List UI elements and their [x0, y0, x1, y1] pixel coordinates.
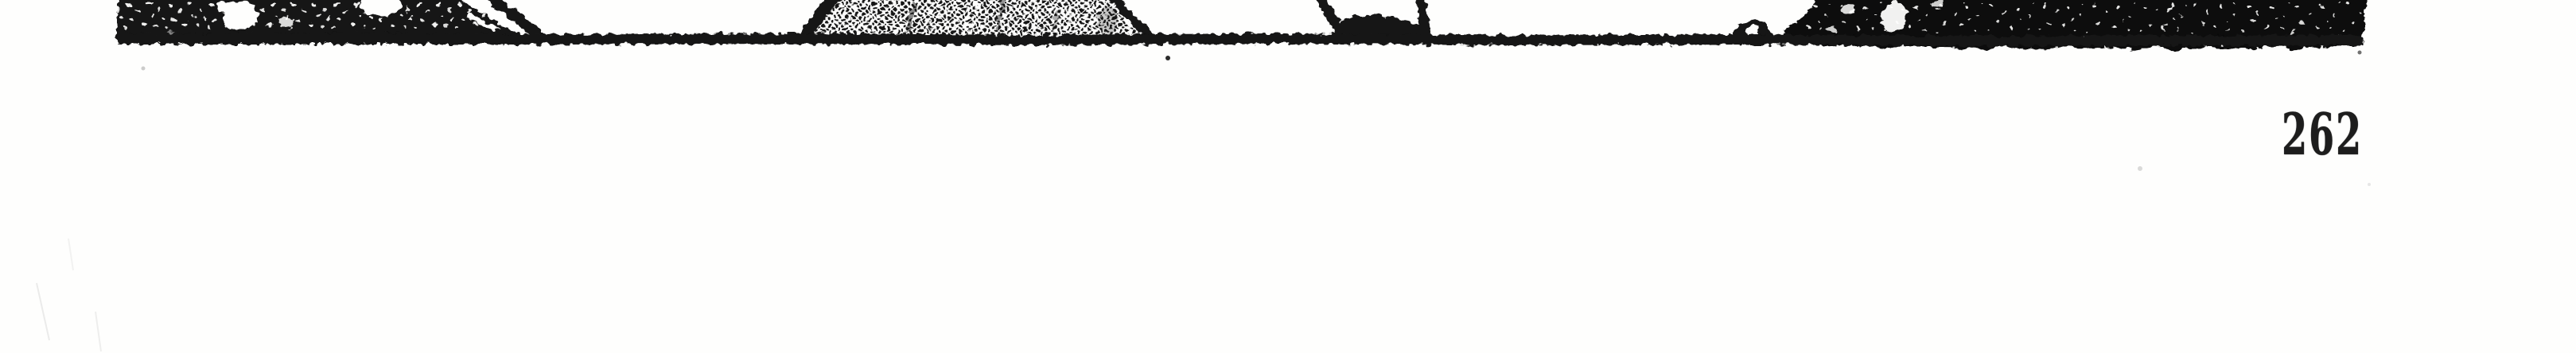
- page-number: 262: [2282, 106, 2363, 163]
- illustration-fragment: [0, 0, 2576, 353]
- dust-specks: [37, 51, 2371, 352]
- scanned-page: 262: [0, 0, 2576, 353]
